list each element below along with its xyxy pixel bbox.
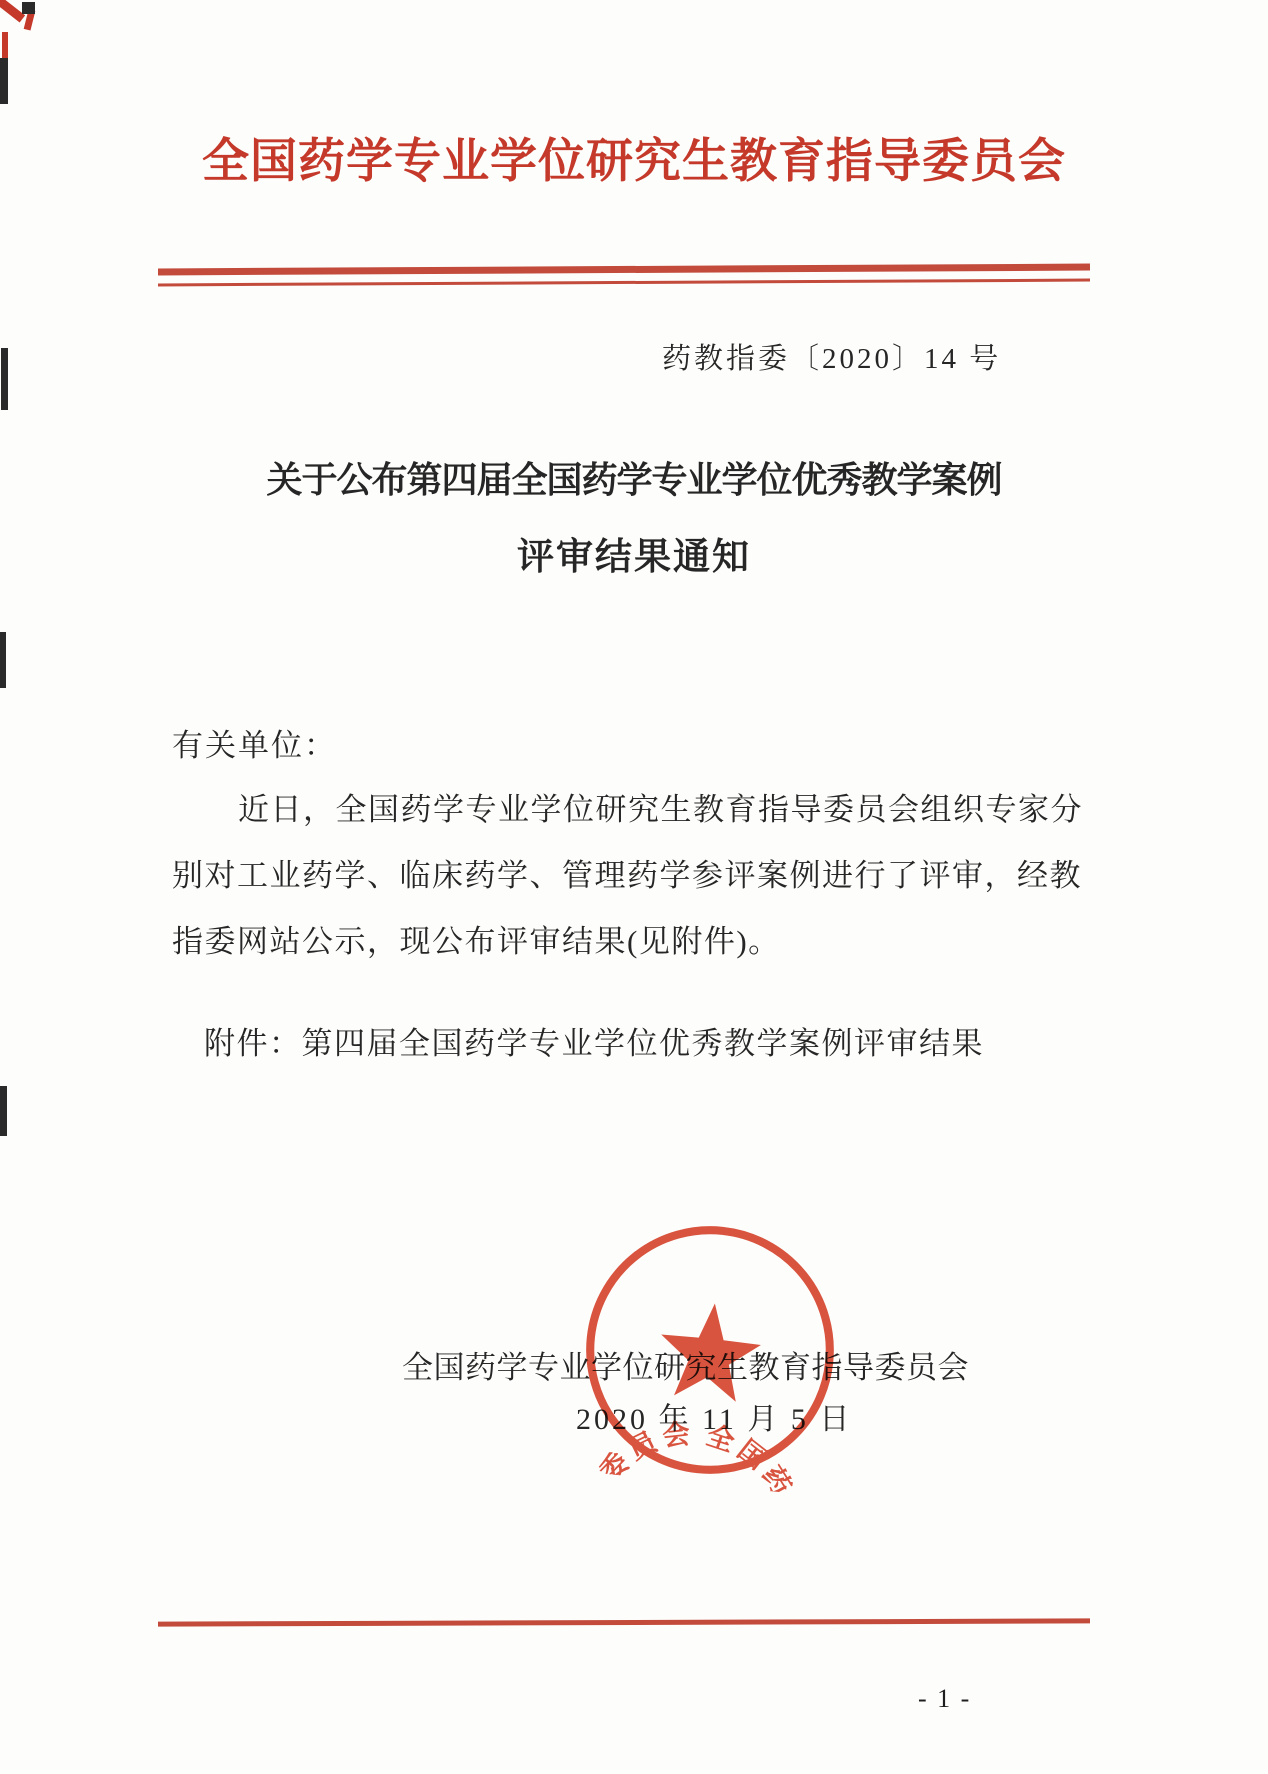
page-number: - 1 - <box>918 1684 971 1714</box>
body-text-line: 近日，全国药学专业学位研究生教育指导委员会组织专家分 <box>238 784 1083 829</box>
scan-artifact <box>1 348 8 410</box>
official-seal: 全国药学专业学位研究生教育指导委员会 <box>563 1203 858 1498</box>
document-page: 全国药学专业学位研究生教育指导委员会 药教指委〔2020〕14 号 关于公布第四… <box>0 0 1268 1774</box>
scan-artifact <box>22 2 35 14</box>
document-title-line2: 评审结果通知 <box>0 526 1268 580</box>
document-number: 药教指委〔2020〕14 号 <box>662 336 1001 377</box>
scan-artifact <box>0 632 6 688</box>
scan-artifact <box>2 32 8 58</box>
scan-artifact <box>0 1086 7 1136</box>
attachment-reference: 附件：第四届全国药学专业学位优秀教学案例评审结果 <box>204 1018 984 1063</box>
letterhead-org-name: 全国药学专业学位研究生教育指导委员会 <box>0 124 1268 191</box>
seal-ring-text: 全国药学专业学位研究生教育指导委员会 <box>563 1406 822 1497</box>
body-text-line: 别对工业药学、临床药学、管理药学参评案例进行了评审，经教 <box>172 850 1082 895</box>
footer-rule <box>158 1618 1090 1626</box>
salutation: 有关单位： <box>172 720 337 765</box>
seal-ring-text-holder: 全国药学专业学位研究生教育指导委员会 <box>563 1406 822 1497</box>
body-text-line: 指委网站公示，现公布评审结果(见附件)。 <box>172 916 781 961</box>
seal-star-icon <box>655 1298 765 1403</box>
letterhead-rule-thin <box>158 279 1090 287</box>
scan-artifact <box>0 58 8 104</box>
document-title-line1: 关于公布第四届全国药学专业学位优秀教学案例 <box>0 452 1268 503</box>
letterhead-rule-thick <box>158 264 1090 276</box>
